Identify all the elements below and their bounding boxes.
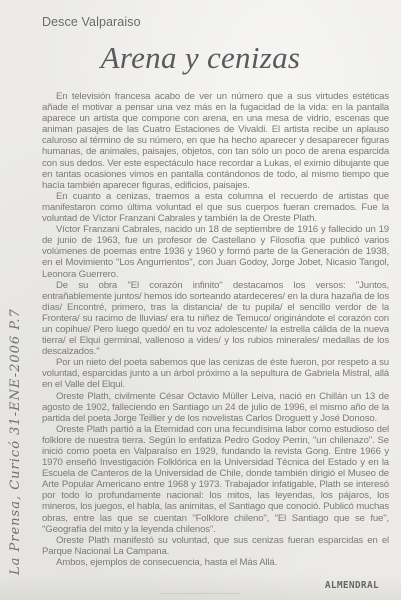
paper-fold-mark: [160, 593, 240, 594]
paragraph: Ambos, ejemplos de consecuencia, hasta e…: [42, 557, 389, 568]
handwritten-source-note: La Prensa, Curicó 31-ENE-2006 P.7: [8, 308, 23, 575]
paragraph: De su obra "El corazón infinito" destaca…: [42, 280, 389, 358]
author-signature: ALMENDRAL: [325, 580, 379, 591]
newspaper-clipping: Desce Valparaiso Arena y cenizas En tele…: [0, 0, 401, 600]
paragraph: Oreste Plath partió a la Eternidad con u…: [42, 424, 389, 535]
paragraph: Oreste Plath, civilmente César Octavio M…: [42, 391, 389, 424]
paragraph: Por un nieto del poeta sabemos que las c…: [42, 357, 389, 390]
section-label: Desce Valparaiso: [42, 15, 141, 29]
paragraph: En cuanto a cenizas, traemos a esta colu…: [42, 191, 389, 224]
article-body: En televisión francesa acabo de ver un n…: [42, 91, 389, 568]
paragraph: Oreste Plath manifestó su voluntad, que …: [42, 535, 389, 557]
paragraph: Víctor Franzani Cabrales, nacido un 18 d…: [42, 224, 389, 279]
paragraph: En televisión francesa acabo de ver un n…: [42, 91, 389, 191]
headline: Arena y cenizas: [0, 40, 401, 76]
